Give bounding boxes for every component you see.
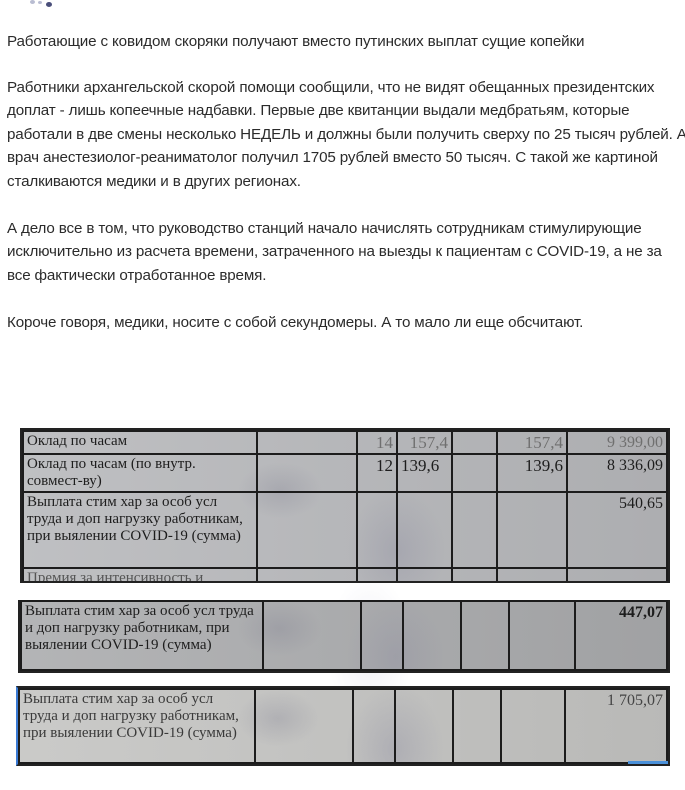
cell xyxy=(257,431,357,454)
cell xyxy=(357,492,397,568)
amount-cell: 8 336,09 xyxy=(567,454,667,492)
hours-cell: 14 xyxy=(357,431,397,454)
cell xyxy=(357,568,397,583)
photo-edge-highlight xyxy=(628,761,668,764)
amount-cell: 9 399,00 xyxy=(567,431,667,454)
cell xyxy=(453,689,501,763)
cell xyxy=(255,689,353,763)
table-row: Премия за интенсивность и xyxy=(23,568,667,583)
cell xyxy=(353,689,395,763)
hours-cell: 139,6 xyxy=(497,454,567,492)
cell xyxy=(257,454,357,492)
post-title: Работающие с ковидом скоряки получают вм… xyxy=(7,30,685,54)
cell xyxy=(397,568,452,583)
cell xyxy=(461,601,509,670)
row-label: Оклад по часам xyxy=(23,431,257,454)
row-label: Выплата стим хар за особ усл труда и доп… xyxy=(23,492,257,568)
cell xyxy=(257,492,357,568)
hours-cell: 157,4 xyxy=(397,431,452,454)
row-label: Премия за интенсивность и xyxy=(23,568,257,583)
amount-cell: 540,65 xyxy=(567,492,667,568)
row-label: Выплата стим хар за особ усл труда и доп… xyxy=(19,689,255,763)
payslip-table: Выплата стим хар за особ усл труда и доп… xyxy=(20,600,668,671)
table-row: Выплата стим хар за особ усл труда и доп… xyxy=(23,492,667,568)
row-label: Выплата стим хар за особ усл труда и доп… xyxy=(21,601,263,670)
payslip-table: Оклад по часам 14 157,4 157,4 9 399,00 О… xyxy=(22,430,668,583)
cell xyxy=(395,689,453,763)
hours-cell: 12 xyxy=(357,454,397,492)
cell xyxy=(263,601,361,670)
amount-cell: 447,07 xyxy=(575,601,667,670)
amount-cell: 1 705,07 xyxy=(565,689,667,763)
cell xyxy=(397,492,452,568)
cell xyxy=(567,568,667,583)
cell xyxy=(509,601,575,670)
table-row: Выплата стим хар за особ усл труда и доп… xyxy=(19,689,667,763)
hours-cell: 139,6 xyxy=(397,454,452,492)
cell xyxy=(497,568,567,583)
post-paragraph: Короче говоря, медики, носите с собой се… xyxy=(7,311,685,335)
avatar-fragment xyxy=(28,0,58,8)
payslip-table: Выплата стим хар за особ усл труда и доп… xyxy=(18,688,668,764)
cell xyxy=(361,601,403,670)
cell xyxy=(452,454,497,492)
table-row: Оклад по часам (по внутр. совмест-ву) 12… xyxy=(23,454,667,492)
table-row: Оклад по часам 14 157,4 157,4 9 399,00 xyxy=(23,431,667,454)
row-label: Оклад по часам (по внутр. совмест-ву) xyxy=(23,454,257,492)
payslip-photo-2[interactable]: Выплата стим хар за особ усл труда и доп… xyxy=(18,600,670,673)
post-paragraph: А дело все в том, что руководство станци… xyxy=(7,217,685,288)
cell xyxy=(497,492,567,568)
cell xyxy=(452,492,497,568)
table-row: Выплата стим хар за особ усл труда и доп… xyxy=(21,601,667,670)
cell xyxy=(403,601,461,670)
post-body: Работающие с ковидом скоряки получают вм… xyxy=(7,30,685,358)
hours-cell: 157,4 xyxy=(497,431,567,454)
cell xyxy=(452,568,497,583)
payslip-photo-3[interactable]: Выплата стим хар за особ усл труда и доп… xyxy=(16,686,670,766)
cell xyxy=(452,431,497,454)
cell xyxy=(501,689,565,763)
cell xyxy=(257,568,357,583)
payslip-photo-1[interactable]: Оклад по часам 14 157,4 157,4 9 399,00 О… xyxy=(20,428,670,583)
post-paragraph: Работники архангельской скорой помощи со… xyxy=(7,76,685,194)
